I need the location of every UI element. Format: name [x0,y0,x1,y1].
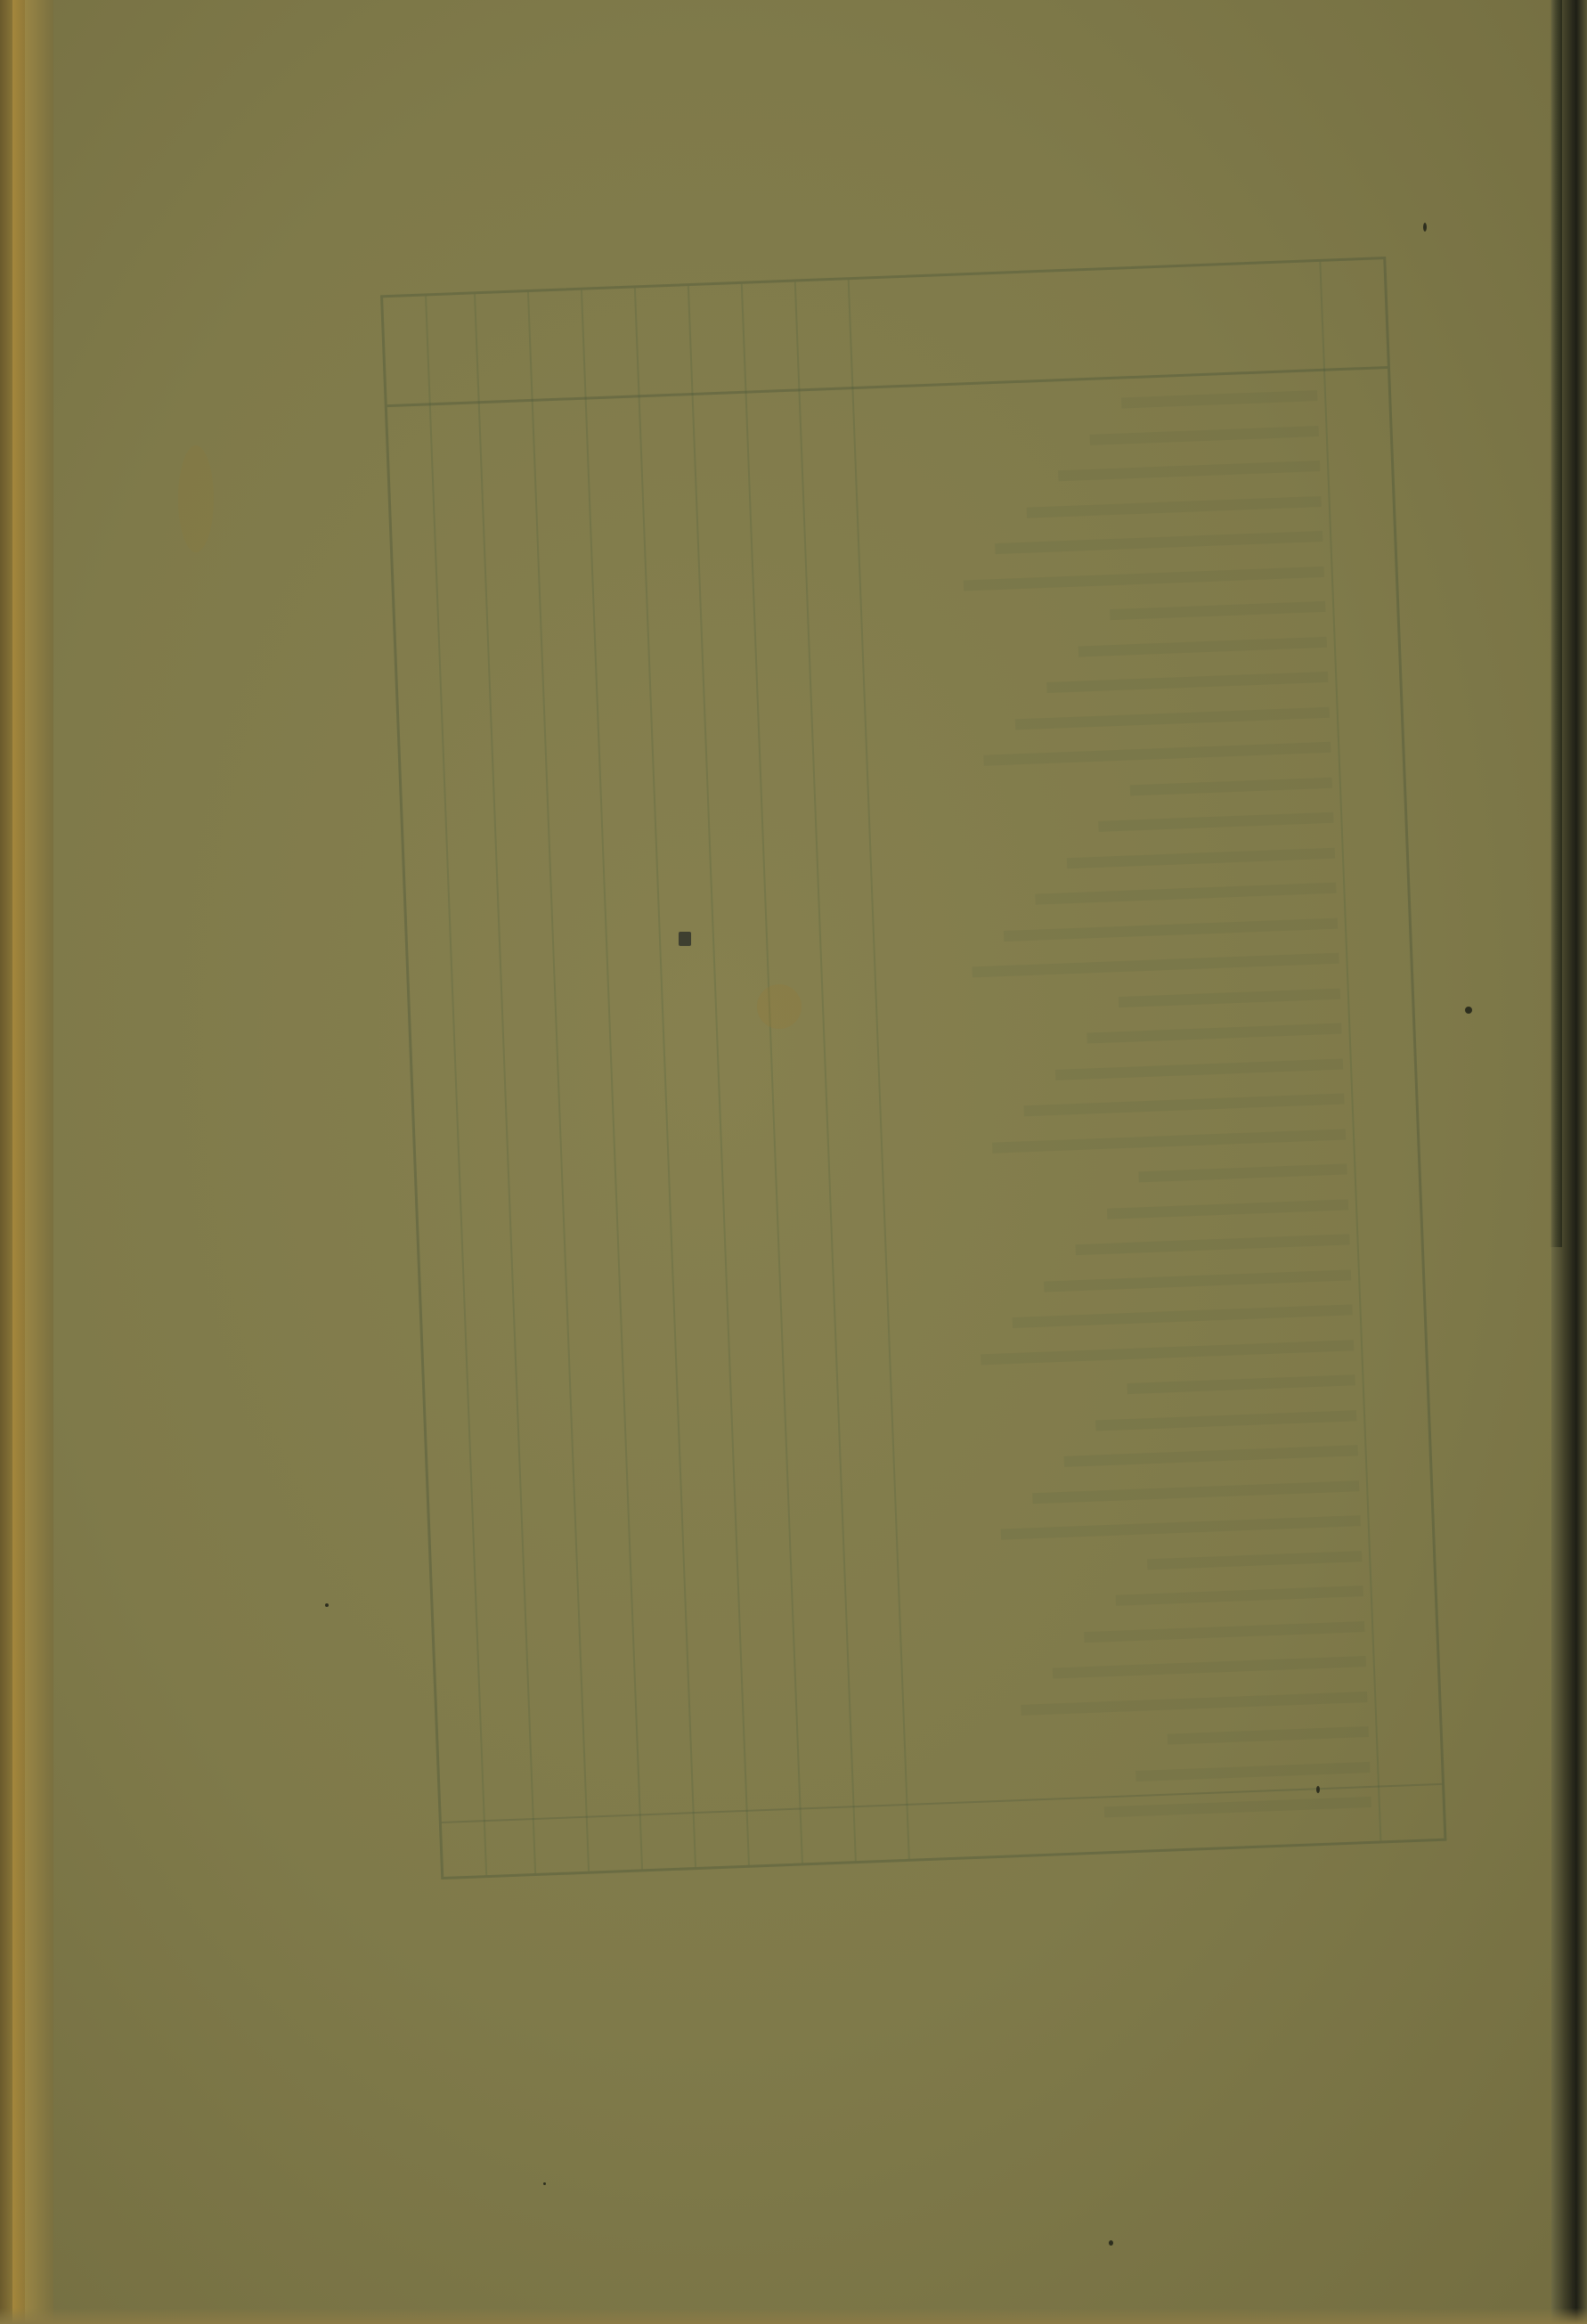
ghost-row-text [1058,461,1320,481]
ghost-row-text [1001,1515,1361,1539]
ghost-row-text [1107,1199,1348,1219]
ghost-header-label [877,288,1340,306]
book-binding-edge [0,0,53,2324]
ghost-row-text [1119,988,1340,1007]
ghost-row-text [1053,1656,1366,1679]
ghost-row-text [1078,636,1327,656]
ghost-row-text [1121,390,1317,408]
paper-speck [1465,1007,1472,1014]
ghost-row-text [1064,1445,1358,1467]
ghost-row-text [1168,1726,1369,1745]
ghost-row-text [1021,1691,1367,1715]
paper-speck [543,2182,546,2185]
paper-stain [178,445,214,552]
ghost-row-text [1095,1410,1356,1431]
ghost-row-text [1055,1058,1343,1080]
ghost-row-text [995,531,1322,554]
paper-stain [757,984,802,1029]
bleed-through-title [378,204,1357,241]
ghost-row-text [1147,1551,1362,1570]
ghost-row-text [1004,917,1338,941]
page-bottom-edge [0,2308,1587,2324]
ghost-row-text [992,1129,1346,1153]
ghost-row-text [1023,1093,1344,1116]
ghost-row-text [1067,847,1335,868]
ghost-row-text [1110,601,1325,620]
paper-speck [1423,223,1427,232]
paper-speck [325,1603,329,1607]
ghost-row-text [1130,777,1332,795]
ink-mark [679,932,691,946]
ghost-row-text [1138,1163,1347,1182]
ghost-row-text [1075,1234,1349,1255]
ghost-row-text [1035,883,1336,905]
ghost-row-text [1135,1761,1370,1781]
ghost-table-frame [380,257,1446,1880]
ghost-row-text [983,742,1331,766]
ghost-row-text [1116,1586,1363,1606]
ghost-row-text [1090,426,1319,445]
ghost-row-text [1086,1023,1341,1044]
page-edge-shadow [1550,0,1562,1247]
ghost-row-text [1084,1621,1364,1643]
paper-speck [1316,1786,1320,1793]
bleed-through-table [324,185,1457,1918]
ghost-row-text [1015,706,1330,730]
binding-fold [12,0,25,2324]
ghost-row-text [1127,1374,1355,1394]
paper-speck [1109,2240,1113,2246]
ghost-table-rows [387,375,1442,1823]
ghost-row-text [1013,1304,1353,1328]
ghost-row-text [981,1340,1354,1365]
ghost-row-text [1027,495,1322,518]
ghost-row-text [964,566,1324,591]
scanned-page [0,0,1587,2324]
ghost-row-text [1032,1480,1359,1504]
ghost-row-text [1098,812,1333,832]
ghost-row-text [1046,672,1328,693]
ghost-row-text [1044,1269,1351,1292]
ghost-row-text [972,953,1339,978]
